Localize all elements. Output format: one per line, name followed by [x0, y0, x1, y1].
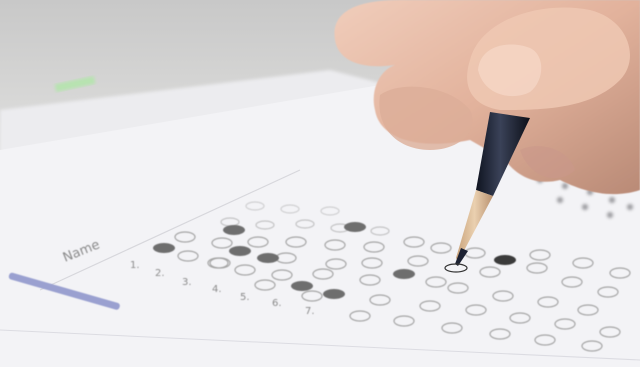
photo-illustration: Name — [0, 0, 640, 367]
svg-text:7.: 7. — [305, 306, 315, 317]
svg-text:4.: 4. — [212, 284, 222, 295]
svg-text:6.: 6. — [272, 298, 282, 309]
green-mark — [55, 76, 96, 92]
svg-text:3.: 3. — [182, 277, 192, 288]
answer-sheet-photo: Name — [0, 0, 640, 367]
svg-text:1.: 1. — [130, 260, 140, 271]
svg-text:5.: 5. — [240, 292, 250, 303]
svg-text:2.: 2. — [155, 268, 165, 279]
